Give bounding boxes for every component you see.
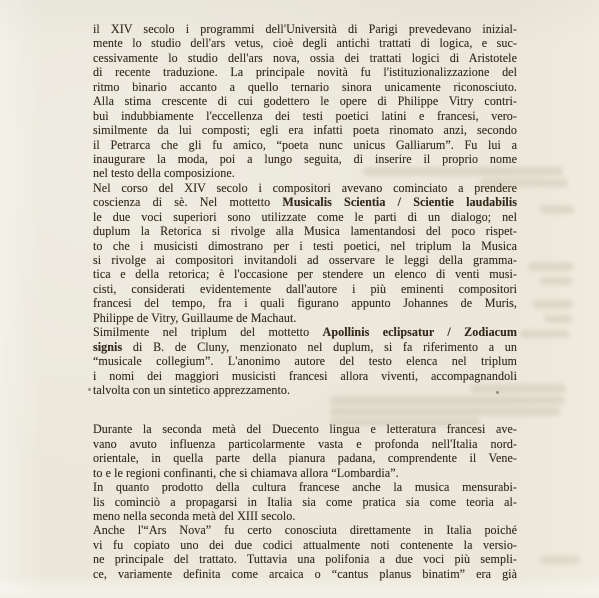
text-line: ne principale del trattato. Tuttavia una… bbox=[93, 552, 517, 566]
text-line: duplum la Retorica si rivolge alla Music… bbox=[93, 224, 517, 238]
text-line: talvolta con un sintetico apprezzamento. bbox=[93, 383, 517, 397]
text-line: mente lo studio dell'ars vetus, cioè deg… bbox=[93, 36, 517, 50]
ink-speck bbox=[88, 388, 91, 391]
bleed-through-smudge bbox=[520, 330, 570, 338]
text-line: Durante la seconda metà del Duecento lin… bbox=[93, 422, 517, 436]
text-line: nel testo della composizione. bbox=[93, 166, 517, 180]
paragraph-block-2: Durante la seconda metà del Duecento lin… bbox=[93, 422, 517, 581]
text-line: “musicale collegium”. L'anonimo autore d… bbox=[93, 354, 517, 368]
text-line: si rivolge ai compositori invitandoli ad… bbox=[93, 253, 517, 267]
text-line: ritmo binario accanto a quello ternario … bbox=[93, 80, 517, 94]
text-line: tica e della retorica; è l'occasione per… bbox=[93, 267, 517, 281]
text-line: In quanto prodotto della cultura frances… bbox=[93, 480, 517, 494]
text-line: inaugurare la moda, poi a lungo seguita,… bbox=[93, 152, 517, 166]
book-page: il XIV secolo i programmi dell'Universit… bbox=[0, 0, 599, 598]
text-line: Similmente nel triplum del mottetto Apol… bbox=[93, 325, 517, 339]
text-line: coscienza di sè. Nel mottetto Musicalis … bbox=[93, 195, 517, 209]
text-line: il XIV secolo i programmi dell'Universit… bbox=[93, 22, 517, 36]
bleed-through-smudge bbox=[540, 556, 580, 564]
text-line: vi fu copiato uno dei due codici attualm… bbox=[93, 538, 517, 552]
text-line: to e le regioni confinanti, che si chiam… bbox=[93, 466, 517, 480]
page-bottom-edge bbox=[0, 588, 599, 598]
bleed-through-smudge bbox=[528, 262, 573, 271]
text-line: di recente traduzione. La principale nov… bbox=[93, 65, 517, 79]
text-line: vano avuto influenza particolarmente vas… bbox=[93, 437, 517, 451]
text-line: similmente da lui composti; egli era inf… bbox=[93, 123, 517, 137]
bleed-through-smudge bbox=[544, 315, 573, 323]
text-line: orientale, in quella parte della pianura… bbox=[93, 451, 517, 465]
text-line: francesi del tempo, fra i quali figurano… bbox=[93, 296, 517, 310]
text-line: il Petrarca che gli fu amico, “poeta nun… bbox=[93, 138, 517, 152]
bleed-through-smudge bbox=[540, 277, 573, 285]
text-line: meno nella seconda metà del XIII secolo. bbox=[93, 509, 517, 523]
text-line: Nel corso del XIV secolo i compositori a… bbox=[93, 181, 517, 195]
text-line: cessivamente lo studio dell'ars nova, os… bbox=[93, 51, 517, 65]
text-line: Alla stima crescente di cui godettero le… bbox=[93, 94, 517, 108]
text-line: Philippe de Vitry, Guillaume de Machaut. bbox=[93, 311, 517, 325]
paragraph-block-1: il XIV secolo i programmi dell'Universit… bbox=[93, 22, 517, 397]
text-line: to che i musicisti dimostrano per i test… bbox=[93, 239, 517, 253]
bleed-through-smudge bbox=[533, 300, 573, 309]
text-line: cisti, considerati evidentemente dall'au… bbox=[93, 282, 517, 296]
text-line: le due voci superiori sono utilizzate co… bbox=[93, 210, 517, 224]
text-line: lis cominciò a propagarsi in Italia sia … bbox=[93, 495, 517, 509]
bleed-through-smudge bbox=[540, 205, 574, 214]
text-line: Anche l'“Ars Nova” fu certo conosciuta d… bbox=[93, 523, 517, 537]
text-line: signis di B. de Cluny, menzionato nel du… bbox=[93, 340, 517, 354]
text-column: il XIV secolo i programmi dell'Universit… bbox=[93, 22, 517, 581]
text-line: buì indubbiamente l'eccellenza dei testi… bbox=[93, 109, 517, 123]
text-line: ce, variamente definita come arcaica o “… bbox=[93, 567, 517, 581]
text-line: i nomi dei maggiori musicisti francesi a… bbox=[93, 369, 517, 383]
